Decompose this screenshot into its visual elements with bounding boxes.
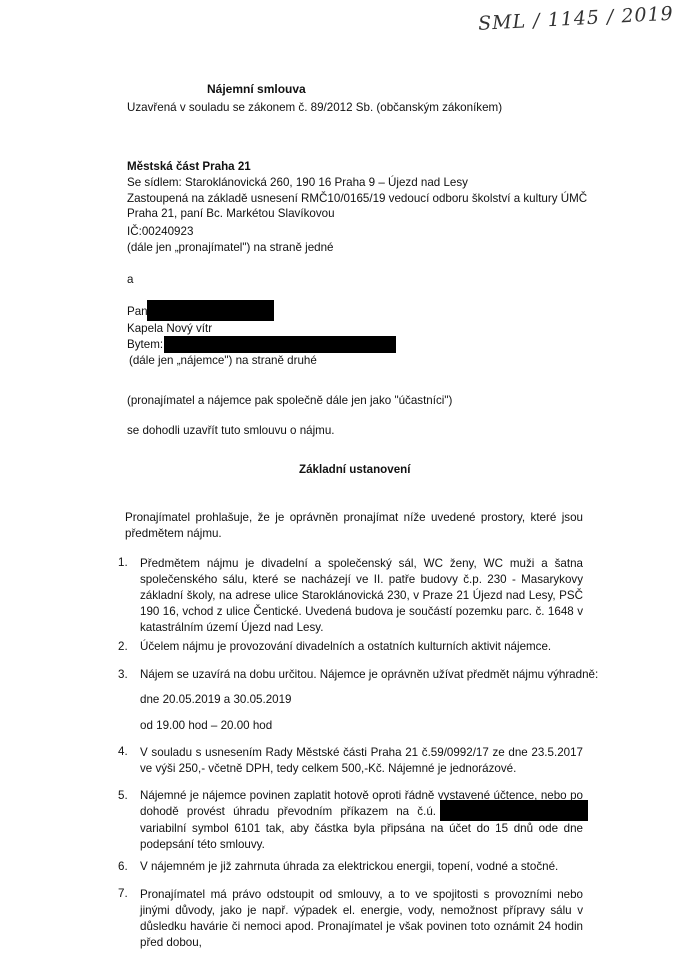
- redacted-tenant-name: [147, 300, 274, 321]
- item-text-rest: variabilní symbol 6101 tak, aby částka b…: [140, 821, 583, 853]
- tenant-organization: Kapela Nový vítr: [127, 322, 212, 335]
- rental-dates: dne 20.05.2019 a 30.05.2019: [140, 693, 292, 706]
- tenant-role: (dále jen „nájemce") na straně druhé: [129, 354, 317, 367]
- item-text: Pronajímatel má právo odstoupit od smlou…: [140, 887, 583, 951]
- tenant-address-label: Bytem:: [127, 338, 163, 351]
- document-title: Nájemní smlouva: [207, 82, 306, 96]
- item-text: V nájemném je již zahrnuta úhrada za ele…: [140, 860, 558, 873]
- agreement-statement: se dohodli uzavřít tuto smlouvu o nájmu.: [127, 424, 335, 437]
- item-number: 1.: [118, 556, 128, 569]
- item-text: V souladu s usnesením Rady Městské části…: [140, 745, 583, 777]
- landlord-seat: Se sídlem: Staroklánovická 260, 190 16 P…: [127, 176, 468, 189]
- item-number: 5.: [118, 789, 128, 802]
- landlord-name: Městská část Praha 21: [127, 160, 251, 173]
- landlord-role: (dále jen „pronajímatel") na straně jedn…: [127, 241, 333, 254]
- item-text: Účelem nájmu je provozování divadelních …: [140, 640, 551, 653]
- landlord-ic: IČ:00240923: [127, 225, 193, 238]
- item-number: 4.: [118, 745, 128, 758]
- item-number: 6.: [118, 860, 128, 873]
- handwritten-reference-number: SML / 1145 / 2019 / OŠK: [478, 0, 678, 35]
- conjunction: a: [127, 273, 133, 286]
- landlord-represented-line2: Praha 21, paní Bc. Markétou Slavíkovou: [127, 207, 335, 220]
- section-title: Základní ustanovení: [299, 463, 410, 476]
- redacted-bank-account: [440, 800, 588, 821]
- document-subtitle: Uzavřená v souladu se zákonem č. 89/2012…: [127, 101, 502, 114]
- rental-hours: od 19.00 hod – 20.00 hod: [140, 719, 272, 732]
- tenant-title-label: Pan: [127, 305, 148, 318]
- item-text: Předmětem nájmu je divadelní a společens…: [140, 556, 583, 636]
- item-number: 2.: [118, 640, 128, 653]
- item-text: Nájem se uzavírá na dobu určitou. Nájemc…: [140, 668, 598, 681]
- item-number: 7.: [118, 887, 128, 900]
- item-number: 3.: [118, 668, 128, 681]
- landlord-represented-line1: Zastoupená na základě usnesení RMČ10/016…: [127, 192, 587, 205]
- intro-paragraph: Pronajímatel prohlašuje, že je oprávněn …: [125, 510, 583, 542]
- redacted-tenant-address: [164, 336, 396, 353]
- parties-note: (pronajímatel a nájemce pak společně dál…: [127, 394, 452, 407]
- item-text-line2: dohodě provést úhradu převodním příkazem…: [140, 805, 436, 818]
